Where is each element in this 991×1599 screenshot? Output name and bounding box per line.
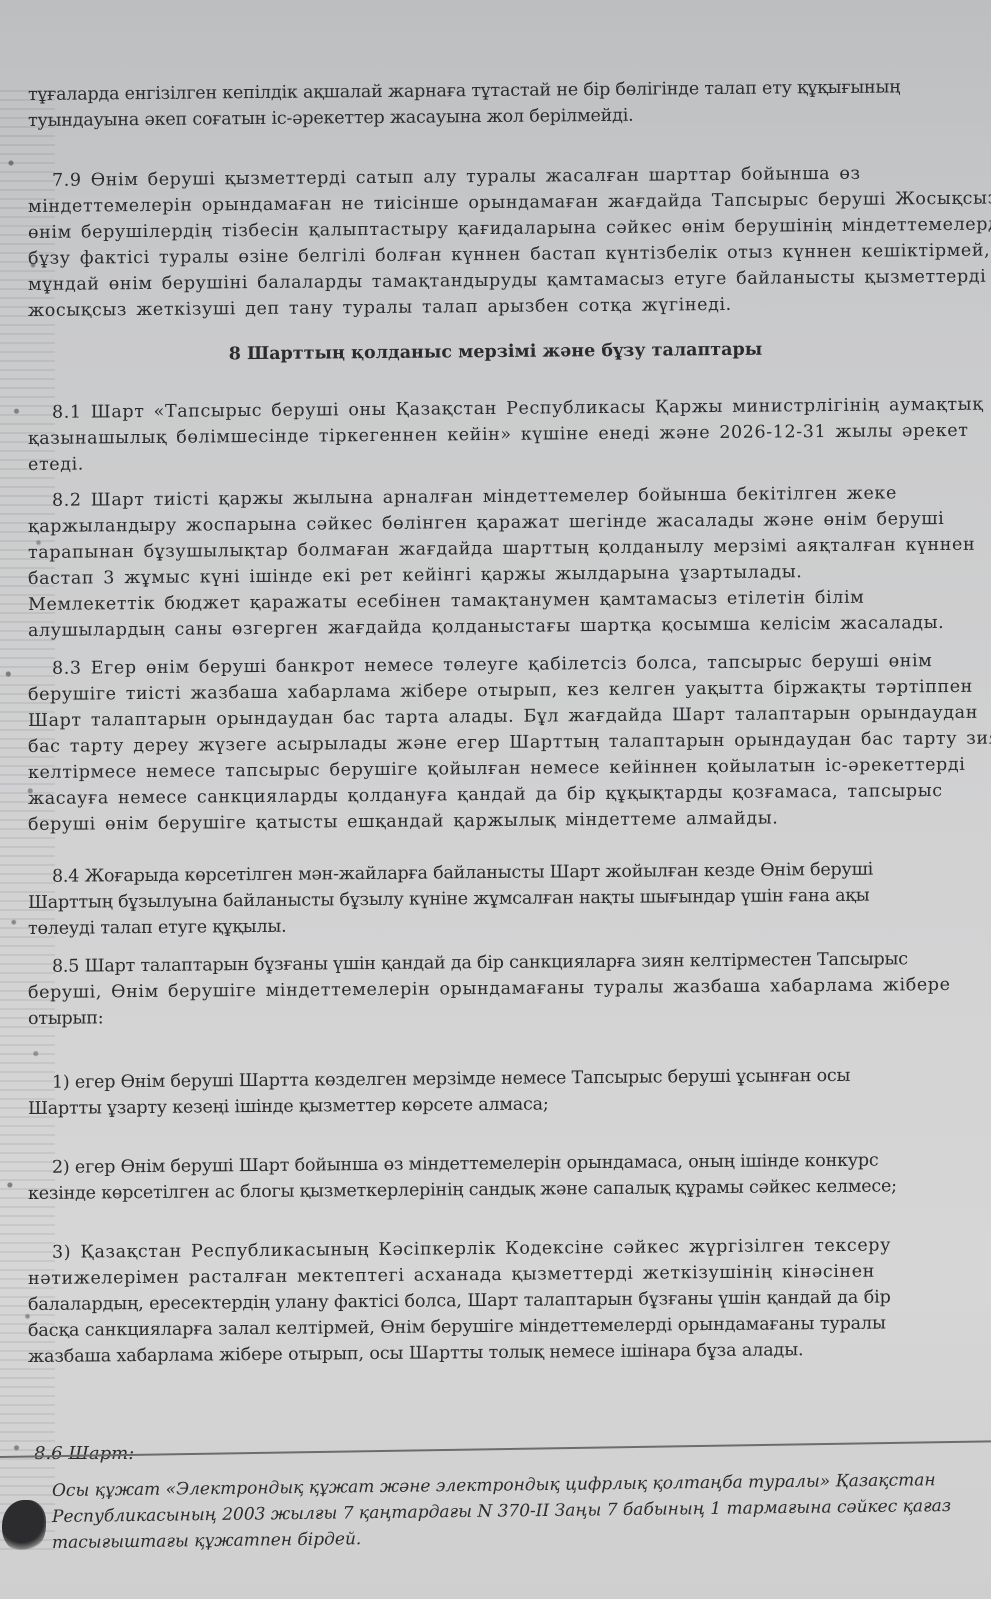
clause-8-1: 8.1 Шарт «Тапсырыс беруші оны Қазақстан …: [28, 392, 968, 478]
paragraph-continuation: тұғаларда енгізілген кепілдік ақшалай жа…: [28, 74, 968, 134]
clause-8-5-item-1: 1) егер Өнім беруші Шартта көзделген мер…: [28, 1062, 968, 1122]
clause-8-3: 8.3 Егер өнім беруші банкрот немесе төле…: [28, 648, 968, 838]
section-heading: 8 Шарттың қолданыс мерзімі және бұзу тал…: [0, 338, 991, 367]
clause-8-4: 8.4 Жоғарыда көрсетілген мән-жайларға ба…: [28, 856, 968, 942]
footer-note: Осы құжат «Электрондық құжат және электр…: [52, 1467, 952, 1556]
stamp-icon: [2, 1500, 46, 1552]
clause-8-5: 8.5 Шарт талаптарын бұзғаны үшін қандай …: [28, 946, 968, 1032]
clause-7-9: 7.9 Өнім беруші қызметтерді сатып алу ту…: [28, 160, 968, 324]
clause-8-5-item-3: 3) Қазақстан Республикасының Кәсіпкерлік…: [28, 1232, 968, 1370]
footer-divider: [0, 1440, 991, 1458]
clause-8-5-item-2: 2) егер Өнім беруші Шарт бойынша өз мінд…: [28, 1147, 968, 1207]
clause-8-2: 8.2 Шарт тиісті қаржы жылына арналған мі…: [28, 480, 968, 644]
document-page: тұғаларда енгізілген кепілдік ақшалай жа…: [0, 0, 991, 1599]
